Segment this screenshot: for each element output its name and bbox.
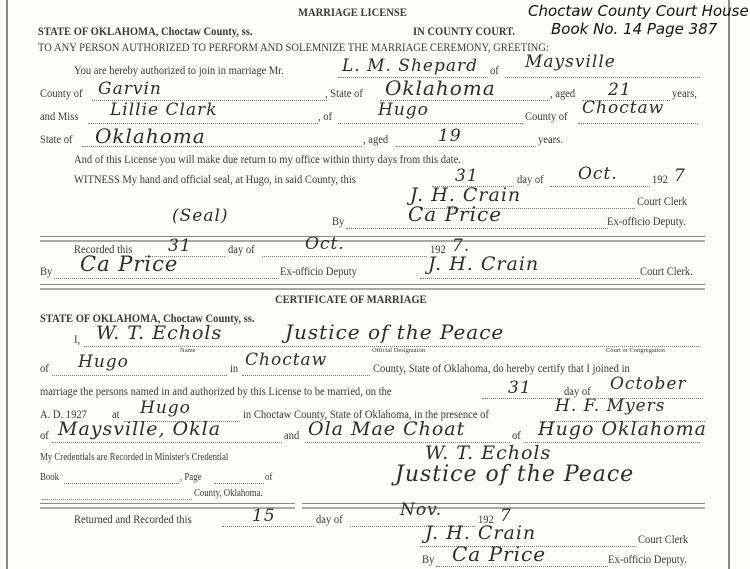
- cert-and-label: and: [284, 428, 299, 443]
- cert-witness2-name: Ola Mae Choat: [308, 418, 465, 440]
- bride-residence-line: [338, 122, 523, 124]
- returned-deputy-signature: Ca Price: [452, 542, 546, 566]
- cert-page-line: [214, 482, 264, 484]
- cert-county-ok-label: County, Oklahoma.: [194, 488, 263, 499]
- recorded-clerk-line: [420, 277, 640, 279]
- groom-name: L. M. Shepard: [342, 56, 478, 76]
- license-greeting: TO ANY PERSON AUTHORIZED TO PERFORM AND …: [38, 40, 549, 55]
- cert-of-place: Hugo: [78, 352, 129, 372]
- recorded-deputy-signature: Ca Price: [80, 252, 178, 276]
- cert-page-label: , Page: [180, 472, 202, 483]
- cert-witness1-residence: Maysville, Okla: [58, 418, 221, 440]
- county-of-label: County of: [40, 86, 83, 101]
- ex-officio-label: Ex-officio Deputy.: [607, 214, 686, 229]
- cert-in-label: in: [230, 361, 238, 376]
- cert-county-line: [42, 498, 192, 500]
- cert-of-label: of: [40, 361, 49, 376]
- returned-label: Returned and Recorded this: [74, 512, 192, 527]
- cert-of3-label: of: [512, 428, 521, 443]
- cert-book-line: [64, 482, 179, 484]
- cert-credentials-text: My Credentials are Recorded in Minister'…: [40, 452, 228, 463]
- designation-caption: Official Designation: [372, 347, 425, 354]
- returned-ex-officio-label: Ex-officio Deputy.: [608, 552, 687, 567]
- right-border: [728, 0, 730, 569]
- divider-2: [40, 284, 705, 290]
- by-label: By: [332, 214, 344, 229]
- court-clerk-label: Court Clerk: [637, 194, 687, 209]
- witness-month-line: [550, 185, 650, 187]
- bride-age: 19: [438, 126, 462, 146]
- bride-county: Choctaw: [582, 98, 664, 118]
- recorded-court-clerk-label: Court Clerk.: [640, 264, 693, 279]
- witness-day: 31: [455, 166, 479, 186]
- returned-month: Nov.: [400, 500, 442, 520]
- cert-county-text: County, State of Oklahoma, do hereby cer…: [373, 361, 630, 376]
- state-of-label: , State of: [325, 86, 363, 101]
- license-title: MARRIAGE LICENSE: [298, 5, 407, 20]
- groom-residence: Maysville: [525, 52, 616, 72]
- returned-by-label: By: [422, 552, 434, 567]
- years-label-2: years.: [538, 132, 563, 147]
- year-prefix: 192: [652, 172, 668, 187]
- cert-of-label-small: of: [265, 472, 272, 483]
- bride-state: Oklahoma: [95, 124, 206, 148]
- bride-name: Lillie Clark: [110, 100, 218, 120]
- officiant-designation: Justice of the Peace: [285, 320, 504, 344]
- groom-age: 21: [608, 80, 632, 100]
- witness-text: WITNESS My hand and official seal, at Hu…: [74, 172, 356, 187]
- recorded-ex-officio-label: Ex-officio Deputy: [280, 264, 357, 279]
- recorded-deputy-line: [54, 277, 279, 279]
- annotation-book-page: Book No. 14 Page 387: [551, 20, 717, 38]
- cert-day: 31: [508, 378, 532, 398]
- deputy-signature: Ca Price: [408, 202, 502, 226]
- returned-clerk-signature: J. H. Crain: [425, 522, 536, 544]
- divider-1: [40, 236, 705, 242]
- cert-marriage-text: marriage the persons named in and author…: [40, 384, 392, 399]
- deputy-signature-line: [346, 227, 608, 229]
- recorded-month-line: [262, 255, 427, 257]
- recorded-by-label: By: [40, 264, 52, 279]
- license-court: IN COUNTY COURT.: [413, 24, 515, 39]
- cert-signature-name: W. T. Echols: [425, 442, 551, 464]
- cert-of2-label: of: [40, 428, 49, 443]
- certificate-title: CERTIFICATE OF MARRIAGE: [275, 292, 427, 307]
- cert-witness2-residence: Hugo Oklahoma: [538, 418, 707, 440]
- state-of-label-2: State of: [40, 132, 73, 147]
- court-caption: Court or Congregation: [606, 347, 665, 354]
- cert-signature-title: Justice of the Peace: [395, 462, 634, 487]
- bride-age-line: [396, 145, 536, 147]
- cert-of-place-line: [52, 374, 227, 376]
- recorded-day-of-label: day of: [228, 242, 255, 257]
- aged-label-2: , aged: [363, 132, 388, 147]
- left-border: [6, 0, 8, 569]
- years-label: years,: [672, 86, 697, 101]
- recorded-month: Oct.: [305, 234, 345, 254]
- groom-residence-line: [505, 76, 700, 78]
- cert-witness1-residence-line: [52, 441, 282, 443]
- bride-county-line: [578, 122, 698, 124]
- county-of-label-2: County of: [525, 109, 568, 124]
- cert-witness1-name: H. F. Myers: [555, 396, 666, 416]
- of-label-2: , of: [318, 109, 332, 124]
- recorded-clerk-signature: J. H. Crain: [428, 253, 539, 275]
- witness-year-digit: 7: [674, 166, 686, 186]
- return-text: And of this License you will make due re…: [74, 152, 461, 167]
- cert-book-label: Book: [40, 472, 59, 483]
- cert-at-place: Hugo: [140, 398, 191, 418]
- aged-label: , aged: [550, 86, 575, 101]
- witness-month: Oct.: [578, 164, 618, 184]
- miss-label: and Miss: [40, 109, 78, 124]
- license-state-line: STATE OF OKLAHOMA, Choctaw County, ss.: [38, 24, 253, 39]
- returned-day-of-label: day of: [316, 512, 343, 527]
- cert-in-county-line: [242, 374, 370, 376]
- returned-court-clerk-label: Court Clerk: [638, 532, 688, 547]
- returned-day: 15: [252, 506, 276, 526]
- cert-month: October: [610, 374, 687, 394]
- authorize-label: You are hereby authorized to join in mar…: [74, 63, 284, 78]
- cert-in-county: Choctaw: [245, 350, 327, 370]
- seal-note: (Seal): [172, 206, 229, 226]
- name-caption: Name: [180, 347, 196, 354]
- groom-county: Garvin: [98, 79, 162, 99]
- annotation-courthouse: Choctaw County Court House: [528, 2, 749, 20]
- i-label: I,: [74, 332, 80, 347]
- officiant-name: W. T. Echols: [96, 322, 222, 344]
- bride-residence: Hugo: [378, 100, 429, 120]
- groom-state: Oklahoma: [385, 76, 496, 100]
